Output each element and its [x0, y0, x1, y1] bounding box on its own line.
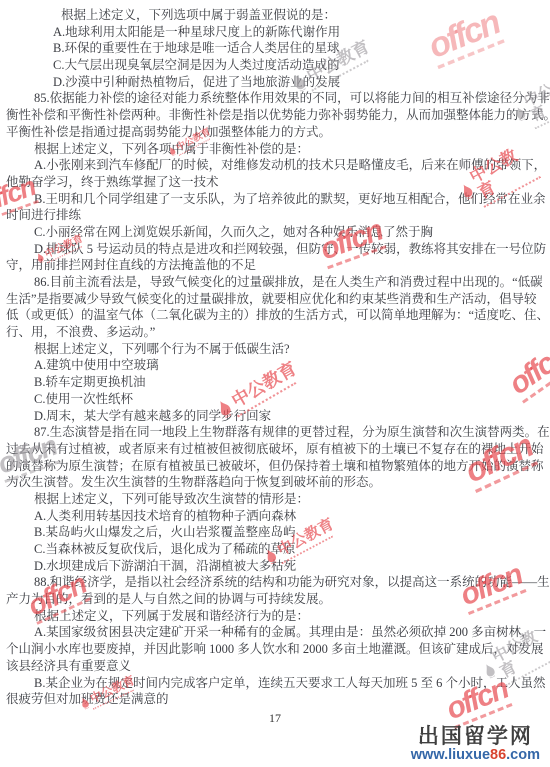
text-line: D.水坝建成后下游湖泊干涸，沿湖植被大多枯死: [6, 558, 545, 575]
text-line: C.大气层出现臭氧层空洞是因为人类过度活动造成的: [6, 57, 545, 74]
page-number: 17: [0, 711, 550, 726]
text-line: B.环保的重要性在于地球是唯一适合人类居住的星球: [6, 40, 545, 57]
site-url-suffix: .com: [506, 747, 540, 763]
text-line: 该县经济具有重要意义: [6, 658, 545, 675]
document-text-body: 根据上述定义，下列选项中属于弱盖亚假说的是：A.地球利用太阳能是一种星球尺度上的…: [6, 7, 545, 708]
text-line: 根据上述定义，下列各项中属于非衡性补偿的是：: [6, 141, 545, 158]
text-line: 87.生态演替是指在同一地段上生物群落有规律的更替过程，分为原生演替和次生演替两…: [6, 424, 545, 441]
text-line: 生活”是指要减少导致气候变化的过量碳排放，就要相应优化和约束某些消费和生产活动，…: [6, 291, 545, 308]
text-line: 衡性补偿和平衡性补偿两种。非衡性补偿是指以优势能力弥补弱势能力，从而加强整体能力…: [6, 107, 545, 124]
text-line: C.当森林被反复砍伐后，退化成为了稀疏的草原: [6, 541, 545, 558]
text-line: 86.目前主流看法是，导致气候变化的过量碳排放，是在人类生产和消费过程中出现的。…: [6, 274, 545, 291]
text-line: 他勤奋学习，终于熟练掌握了这一技术: [6, 174, 545, 191]
text-line: 根据上述定义，下列可能导致次生演替的情形是：: [6, 491, 545, 508]
text-line: 产力为目的，看到的是人与自然之间的协调与可持续发展。: [6, 591, 545, 608]
text-line: B.王明和几个同学组建了一支乐队，为了培养彼此的默契，更好地互相配合，他们经常在…: [6, 191, 545, 208]
text-line: C.小丽经常在网上浏览娱乐新闻，久而久之，她对各种娱乐消息了然于胸: [6, 224, 545, 241]
text-line: 为次生演替。发生次生演替的生物群落趋向于恢复到破坏前的形态。: [6, 474, 545, 491]
text-line: D.周末，某大学有越来越多的同学步行回家: [6, 408, 545, 425]
text-line: A.某国家级贫困县决定建矿开采一种稀有的金属。其理由是：虽然必须砍掉 200 多…: [6, 624, 545, 641]
text-line: A.建筑中使用中空玻璃: [6, 357, 545, 374]
text-line: 根据上述定义，下列选项中属于弱盖亚假说的是：: [6, 7, 545, 24]
text-line: 过去从未有过植被，或者原来有过植被但被彻底破坏，原有植被下的土壤已不复存在的裸地…: [6, 441, 545, 458]
text-line: 行、用，不浪费、多运动。”: [6, 324, 545, 341]
text-line: D.沙漠中引种耐热植物后，促进了当地旅游业的发展: [6, 74, 545, 91]
text-line: 88.和谐经济学，是指以社会经济系统的结构和功能为研究对象，以提高这一系统的功能…: [6, 574, 545, 591]
text-line: B.某岛屿火山爆发之后，火山岩浆覆盖整座岛屿: [6, 524, 545, 541]
text-line: 平衡性补偿是指通过提高弱势能力以加强整体能力的方式。: [6, 124, 545, 141]
text-line: 根据上述定义，下列哪个行为不属于低碳生活?: [6, 341, 545, 358]
text-line: 守，用前排拦网封住直线的方法掩盖他的不足: [6, 257, 545, 274]
text-line: 很疲劳但对加班费还是满意的: [6, 691, 545, 708]
text-line: A.人类利用转基因技术培育的植物种子洒向森林: [6, 508, 545, 525]
text-line: 根据上述定义，下列属于发展和谐经济行为的是：: [6, 608, 545, 625]
text-line: 个山涧小水库也要废掉，并因此影响 1000 多人饮水和 2000 多亩土地灌溉。…: [6, 641, 545, 658]
text-line: 低（或更低）的温室气体（二氧化碳为主的）排放的生活方式，可以简单地理解为：“适度…: [6, 307, 545, 324]
text-line: D.排球队 5 号运动员的特点是进攻和拦网较强，但防守、一传较弱，教练将其安排在…: [6, 241, 545, 258]
text-line: 的演替称为原生演替；在原有植被虽已被破坏，但仍保持着土壤和植物繁殖体的地方开始的…: [6, 458, 545, 475]
text-line: A.小张刚来到汽车修配厂的时候，对维修发动机的技术只是略懂皮毛，后来在师傅的带领…: [6, 157, 545, 174]
text-line: B.某企业为在规定时间内完成客户定单，连续五天要求工人每天加班 5 至 6 个小…: [6, 675, 545, 692]
site-name: 出国留学网: [411, 726, 540, 748]
site-url-prefix: www.liuxue: [411, 747, 490, 763]
site-url: www.liuxue86.com: [411, 748, 540, 763]
text-line: C.使用一次性纸杯: [6, 391, 545, 408]
site-logo: 出国留学网 www.liuxue86.com: [411, 726, 540, 763]
site-url-highlight: 86: [490, 747, 506, 763]
text-line: 85.依据能力补偿的途径对能力系统整体作用效果的不同，可以将能力间的相互补偿途径…: [6, 90, 545, 107]
text-line: 时间进行排练: [6, 207, 545, 224]
document-page: 根据上述定义，下列选项中属于弱盖亚假说的是：A.地球利用太阳能是一种星球尺度上的…: [0, 0, 550, 767]
text-line: B.轿车定期更换机油: [6, 374, 545, 391]
text-line: A.地球利用太阳能是一种星球尺度上的新陈代谢作用: [6, 24, 545, 41]
